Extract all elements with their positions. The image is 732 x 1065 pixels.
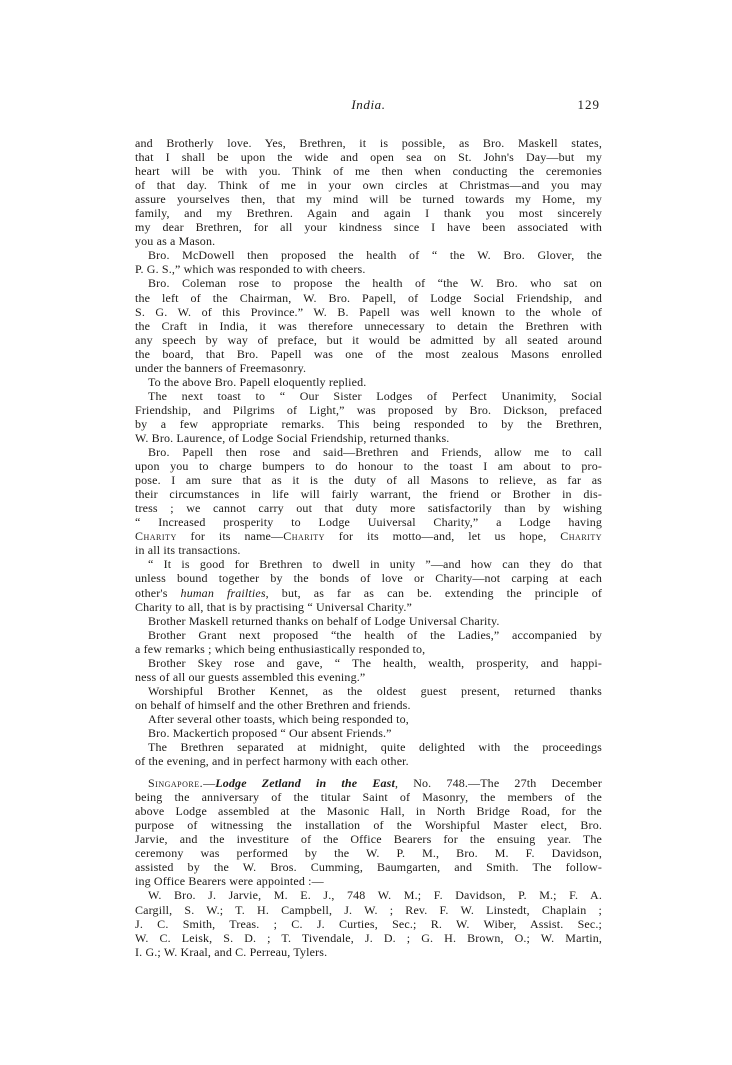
text-line: Bro. Mackertich proposed “ Our absent Fr…	[135, 726, 602, 740]
running-header: India. 129	[135, 97, 602, 115]
text-line: unless bound together by the bonds of lo…	[135, 571, 602, 585]
paragraph: Brother Skey rose and gave, “ The health…	[135, 656, 602, 684]
text-run: for its motto—and, let us hope,	[325, 529, 560, 543]
text-run: tress ; we cannot carry out that duty mo…	[135, 501, 602, 515]
text-run: that I shall be upon the wide and open s…	[135, 150, 602, 164]
text-line: Singapore.—Lodge Zetland in the East, No…	[135, 776, 602, 790]
text-run: Cargill, S. W.; T. H. Campbell, J. W. ; …	[135, 903, 602, 917]
text-run: Singapore.	[148, 776, 203, 790]
text-run: Brother Skey rose and gave, “ The health…	[148, 656, 602, 670]
text-line: upon you to charge bumpers to do honour …	[135, 459, 602, 473]
text-run: Bro. Coleman rose to propose the health …	[148, 276, 602, 290]
text-run: ing Office Bearers were appointed :—	[135, 874, 324, 888]
paragraph: Brother Grant next proposed “the health …	[135, 628, 602, 656]
paragraph: W. Bro. J. Jarvie, M. E. J., 748 W. M.; …	[135, 888, 602, 958]
text-line: ing Office Bearers were appointed :—	[135, 874, 602, 888]
text-line: of that day. Think of me in your own cir…	[135, 178, 602, 192]
text-line: the left of the Chairman, W. Bro. Papell…	[135, 291, 602, 305]
text-run: in all its transactions.	[135, 543, 241, 557]
text-line: purpose of witnessing the installation o…	[135, 818, 602, 832]
paragraph: “ It is good for Brethren to dwell in un…	[135, 557, 602, 613]
text-run: on behalf of himself and the other Breth…	[135, 698, 411, 712]
text-line: on behalf of himself and the other Breth…	[135, 698, 602, 712]
text-run: W. C. Leisk, S. D. ; T. Tivendale, J. D.…	[135, 931, 602, 945]
paragraph: Bro. McDowell then proposed the health o…	[135, 248, 602, 276]
text-line: under the banners of Freemasonry.	[135, 361, 602, 375]
text-line: my dear Brethren, for all your kindness …	[135, 220, 602, 234]
text-run: Jarvie, and the investiture of the Offic…	[135, 832, 602, 846]
text-run: P. G. S.,” which was responded to with c…	[135, 262, 366, 276]
text-line: Friendship, and Pilgrims of Light,” was …	[135, 403, 602, 417]
text-line: you as a Mason.	[135, 234, 602, 248]
text-run: Bro. Papell then rose and said—Brethren …	[148, 445, 602, 459]
text-line: heart will be with you. Think of me then…	[135, 164, 602, 178]
text-line: the board, that Bro. Papell was one of t…	[135, 347, 602, 361]
page-number: 129	[578, 97, 601, 113]
text-run: the left of the Chairman, W. Bro. Papell…	[135, 291, 602, 305]
text-run: under the banners of Freemasonry.	[135, 361, 306, 375]
text-line: ceremony was performed by the W. P. M., …	[135, 846, 602, 860]
text-run: Charity	[283, 529, 325, 543]
text-line: W. C. Leisk, S. D. ; T. Tivendale, J. D.…	[135, 931, 602, 945]
text-run: The next toast to “ Our Sister Lodges of…	[148, 389, 602, 403]
text-run: ceremony was performed by the W. P. M., …	[135, 846, 602, 860]
text-run: Lodge Zetland in the East	[215, 776, 395, 790]
text-run: by a few appropriate remarks. This being…	[135, 417, 602, 431]
text-line: Bro. Papell then rose and said—Brethren …	[135, 445, 602, 459]
page-body: and Brotherly love. Yes, Brethren, it is…	[135, 136, 602, 959]
paragraph: Bro. Mackertich proposed “ Our absent Fr…	[135, 726, 602, 740]
text-run: Charity	[135, 529, 177, 543]
text-line: Bro. McDowell then proposed the health o…	[135, 248, 602, 262]
text-run: the board, that Bro. Papell was one of t…	[135, 347, 602, 361]
text-run: , No. 748.—The 27th December	[395, 776, 602, 790]
scanned-page: India. 129 and Brotherly love. Yes, Bret…	[0, 0, 732, 1065]
paragraph: Singapore.—Lodge Zetland in the East, No…	[135, 776, 602, 888]
text-line: “ It is good for Brethren to dwell in un…	[135, 557, 602, 571]
text-run: The Brethren separated at midnight, quit…	[148, 740, 602, 754]
paragraph: Worshipful Brother Kennet, as the oldest…	[135, 684, 602, 712]
text-run: —	[203, 776, 215, 790]
paragraph: The Brethren separated at midnight, quit…	[135, 740, 602, 768]
text-run: S. G. W. of this Province.” W. B. Papell…	[135, 305, 602, 319]
text-run: being the anniversary of the titular Sai…	[135, 790, 602, 804]
paragraph: and Brotherly love. Yes, Brethren, it is…	[135, 136, 602, 248]
text-line: To the above Bro. Papell eloquently repl…	[135, 375, 602, 389]
text-run: pose. I am sure that as it is the duty o…	[135, 473, 602, 487]
text-run: above Lodge assembled at the Masonic Hal…	[135, 804, 602, 818]
text-line: Brother Skey rose and gave, “ The health…	[135, 656, 602, 670]
text-line: ness of all our guests assembled this ev…	[135, 670, 602, 684]
text-run: Friendship, and Pilgrims of Light,” was …	[135, 403, 602, 417]
text-line: The next toast to “ Our Sister Lodges of…	[135, 389, 602, 403]
text-line: above Lodge assembled at the Masonic Hal…	[135, 804, 602, 818]
text-run: Charity to all, that is by practising “ …	[135, 600, 412, 614]
text-line: tress ; we cannot carry out that duty mo…	[135, 501, 602, 515]
text-line: assisted by the W. Bros. Cumming, Baumga…	[135, 860, 602, 874]
text-line: that I shall be upon the wide and open s…	[135, 150, 602, 164]
text-line: J. C. Smith, Treas. ; C. J. Curties, Sec…	[135, 917, 602, 931]
text-run: ness of all our guests assembled this ev…	[135, 670, 365, 684]
text-line: I. G.; W. Kraal, and C. Perreau, Tylers.	[135, 945, 602, 959]
text-line: the Craft in India, it was therefore unn…	[135, 319, 602, 333]
text-run: a few remarks ; which being enthusiastic…	[135, 642, 425, 656]
text-run: of the evening, and in perfect harmony w…	[135, 754, 409, 768]
text-run: Bro. Mackertich proposed “ Our absent Fr…	[148, 726, 392, 740]
text-line: in all its transactions.	[135, 543, 602, 557]
text-line: any speech by way of preface, but it wou…	[135, 333, 602, 347]
text-run: any speech by way of preface, but it wou…	[135, 333, 602, 347]
text-line: pose. I am sure that as it is the duty o…	[135, 473, 602, 487]
text-line: Worshipful Brother Kennet, as the oldest…	[135, 684, 602, 698]
text-line: assure yourselves then, that my mind wil…	[135, 192, 602, 206]
text-run: J. C. Smith, Treas. ; C. J. Curties, Sec…	[135, 917, 602, 931]
text-line: Charity to all, that is by practising “ …	[135, 600, 602, 614]
text-line: Jarvie, and the investiture of the Offic…	[135, 832, 602, 846]
text-run: of that day. Think of me in your own cir…	[135, 178, 602, 192]
text-line: W. Bro. Laurence, of Lodge Social Friend…	[135, 431, 602, 445]
text-line: W. Bro. J. Jarvie, M. E. J., 748 W. M.; …	[135, 888, 602, 902]
text-line: Charity for its name—Charity for its mot…	[135, 529, 602, 543]
text-line: a few remarks ; which being enthusiastic…	[135, 642, 602, 656]
text-line: and Brotherly love. Yes, Brethren, it is…	[135, 136, 602, 150]
text-run: assisted by the W. Bros. Cumming, Baumga…	[135, 860, 602, 874]
text-run: Worshipful Brother Kennet, as the oldest…	[148, 684, 602, 698]
text-run: purpose of witnessing the installation o…	[135, 818, 602, 832]
text-run: for its name—	[177, 529, 283, 543]
text-line: Brother Grant next proposed “the health …	[135, 628, 602, 642]
text-run: the Craft in India, it was therefore unn…	[135, 319, 602, 333]
text-line: The Brethren separated at midnight, quit…	[135, 740, 602, 754]
paragraph: Bro. Papell then rose and said—Brethren …	[135, 445, 602, 557]
text-line: by a few appropriate remarks. This being…	[135, 417, 602, 431]
text-run: Brother Grant next proposed “the health …	[148, 628, 602, 642]
text-run: “ It is good for Brethren to dwell in un…	[148, 557, 602, 571]
text-line: their circumstances in life will fairly …	[135, 487, 602, 501]
text-run: Brother Maskell returned thanks on behal…	[148, 614, 499, 628]
text-run: After several other toasts, which being …	[148, 712, 409, 726]
text-line: being the anniversary of the titular Sai…	[135, 790, 602, 804]
text-run: “ Increased prosperity to Lodge Uuiversa…	[135, 515, 602, 529]
text-line: Bro. Coleman rose to propose the health …	[135, 276, 602, 290]
text-run: human frailties	[181, 586, 266, 600]
text-run: my dear Brethren, for all your kindness …	[135, 220, 602, 234]
text-line: Cargill, S. W.; T. H. Campbell, J. W. ; …	[135, 903, 602, 917]
text-run: you as a Mason.	[135, 234, 215, 248]
text-run: their circumstances in life will fairly …	[135, 487, 602, 501]
text-line: of the evening, and in perfect harmony w…	[135, 754, 602, 768]
paragraph: After several other toasts, which being …	[135, 712, 602, 726]
text-line: P. G. S.,” which was responded to with c…	[135, 262, 602, 276]
text-run: and Brotherly love. Yes, Brethren, it is…	[135, 136, 602, 150]
text-run: assure yourselves then, that my mind wil…	[135, 192, 602, 206]
text-run: unless bound together by the bonds of lo…	[135, 571, 602, 585]
text-run: , but, as far as can be. extending the p…	[266, 586, 602, 600]
text-run: W. Bro. J. Jarvie, M. E. J., 748 W. M.; …	[148, 888, 602, 902]
text-run: Bro. McDowell then proposed the health o…	[148, 248, 602, 262]
text-run: Charity	[560, 529, 602, 543]
text-line: Brother Maskell returned thanks on behal…	[135, 614, 602, 628]
text-line: family, and my Brethren. Again and again…	[135, 206, 602, 220]
text-run: other's	[135, 586, 181, 600]
running-head-title: India.	[135, 97, 602, 113]
text-run: upon you to charge bumpers to do honour …	[135, 459, 602, 473]
text-run: heart will be with you. Think of me then…	[135, 164, 602, 178]
paragraph: Bro. Coleman rose to propose the health …	[135, 276, 602, 374]
text-line: “ Increased prosperity to Lodge Uuiversa…	[135, 515, 602, 529]
paragraph: To the above Bro. Papell eloquently repl…	[135, 375, 602, 389]
paragraph: Brother Maskell returned thanks on behal…	[135, 614, 602, 628]
text-run: W. Bro. Laurence, of Lodge Social Friend…	[135, 431, 449, 445]
paragraph: The next toast to “ Our Sister Lodges of…	[135, 389, 602, 445]
text-line: other's human frailties, but, as far as …	[135, 586, 602, 600]
text-run: family, and my Brethren. Again and again…	[135, 206, 602, 220]
text-run: To the above Bro. Papell eloquently repl…	[148, 375, 366, 389]
text-run: I. G.; W. Kraal, and C. Perreau, Tylers.	[135, 945, 327, 959]
text-line: S. G. W. of this Province.” W. B. Papell…	[135, 305, 602, 319]
text-line: After several other toasts, which being …	[135, 712, 602, 726]
